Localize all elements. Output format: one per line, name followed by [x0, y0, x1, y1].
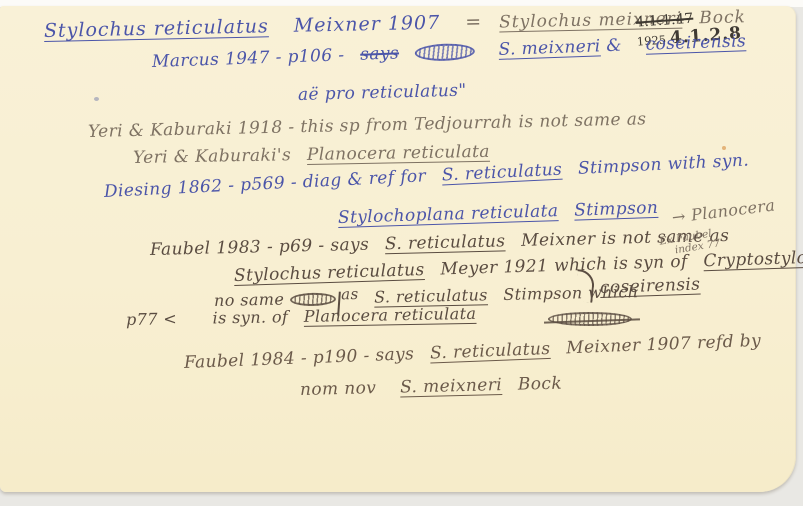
faubel84-line2: nom nov S. meixneri Bock	[300, 374, 563, 400]
arrow-note-text: → Planocera	[671, 195, 776, 227]
species-author: Stimpson	[574, 198, 659, 221]
index-card: Stylochus reticulatus Meixner 1907 = Sty…	[0, 6, 796, 492]
citation-text: Marcus 1947 - p106 -	[152, 45, 345, 72]
species-name: coseirensis	[645, 31, 746, 54]
species-author: Bock	[518, 374, 563, 395]
citation-text: Stimpson with syn.	[577, 150, 749, 178]
species-name: Stylochoplana reticulata	[338, 201, 559, 228]
species-author: Meixner 1907	[294, 12, 441, 37]
quote-line: aë pro reticulatus"	[298, 81, 467, 105]
equals-sign: =	[465, 11, 482, 33]
citation-text: Faubel 1984 - p190 - says	[184, 344, 415, 373]
citation-text: Diesing 1862 - p569 - diag & ref for	[104, 166, 427, 202]
faubel84-line1: Faubel 1984 - p190 - says S. reticulatus…	[184, 331, 762, 373]
species-name: S. reticulatus	[441, 160, 562, 186]
species-name: Planocera reticulata	[307, 142, 490, 165]
scanned-page: Stylochus reticulatus Meixner 1907 = Sty…	[0, 0, 803, 506]
yeri-note-line2: Yeri & Kaburaki's Planocera reticulata	[133, 142, 490, 168]
species-name: Stylochus reticulatus	[44, 15, 269, 42]
scribbled-out-phrase	[548, 312, 632, 326]
citation-text: Faubel 1983 - p69 - says	[150, 235, 370, 260]
nomenclature-text: nom nov	[300, 378, 377, 400]
scribbled-out-word	[290, 292, 336, 306]
connector-stroke	[337, 292, 351, 317]
faubel83-line4: p77 < is syn. of Planocera reticulata	[126, 304, 477, 329]
species-name: S. reticulatus	[385, 231, 506, 254]
citation-text: Yeri & Kaburaki's	[133, 145, 292, 168]
struck-word: says	[360, 43, 399, 64]
scribbled-out-word	[415, 43, 476, 62]
page-ref: p77 <	[126, 309, 177, 329]
diesing-note-line2: Stylochoplana reticulata Stimpson	[338, 198, 659, 228]
citation-text: Meixner 1907 refd by	[566, 331, 762, 358]
species-name: S. reticulatus	[430, 339, 551, 364]
species-name: Stylochus reticulatus	[234, 260, 425, 286]
species-name: S. meixneri	[400, 375, 502, 397]
paper-speck	[722, 146, 726, 150]
species-name: Planocera reticulata	[304, 304, 477, 326]
paper-speck	[94, 97, 99, 101]
citation-text: is syn. of	[212, 307, 288, 327]
quote-text: aë pro reticulatus"	[298, 81, 467, 105]
brace-word-line: coseirensis	[600, 275, 701, 298]
citation-text: Yeri & Kaburaki 1918 - this sp from Tedj…	[88, 109, 647, 142]
species-name: coseirensis	[600, 275, 701, 298]
arrow-annotation: → Planocera	[671, 195, 776, 227]
genus-name: Cryptostylochus	[703, 247, 803, 272]
species-name: S. meixneri	[498, 36, 601, 60]
ampersand: &	[606, 36, 622, 57]
yeri-note-line1: Yeri & Kaburaki 1918 - this sp from Tedj…	[88, 109, 647, 142]
